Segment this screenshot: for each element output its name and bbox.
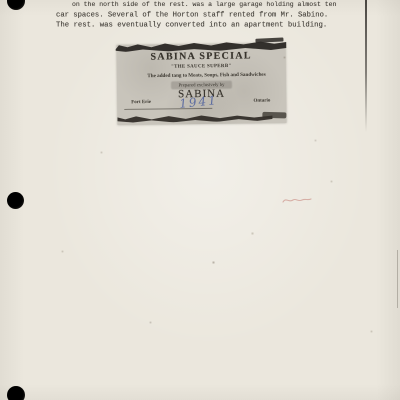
clipping-title: SABINA SPECIAL [117, 50, 286, 63]
faint-red-scribble-mark [281, 193, 313, 207]
scanned-document-page: { "page": { "typed_lines": [ "on the nor… [0, 0, 400, 400]
clipping-subtitle: "THE SAUCE SUPERB" [149, 62, 254, 69]
clipping-bottom-smudge-blob [262, 112, 286, 119]
punch-hole-middle [7, 192, 24, 209]
paper-speckles [0, 0, 1, 1]
scan-scratch-line [365, 0, 367, 132]
typed-line-2: car spaces. Several of the Horton staff … [56, 11, 328, 19]
page-edge-line [397, 250, 398, 308]
clipping-place-left: Fort Erie [131, 99, 151, 105]
clipping-place-right: Ontario [253, 97, 270, 103]
punch-hole-bottom [7, 386, 25, 400]
punch-hole-top [7, 0, 25, 10]
news-clipping: SABINA SPECIAL "THE SAUCE SUPERB" The ad… [117, 43, 287, 125]
typed-line-1: on the north side of the rest. was a lar… [72, 1, 336, 8]
clipping-bottom-smudge [117, 113, 273, 123]
typed-line-3: The rest. was eventually converted into … [56, 21, 327, 29]
handwritten-year-note: 1941 [179, 93, 219, 111]
clipping-top-smudge-dash [255, 38, 283, 43]
clipping-tagline: The added tang to Meats, Soups, Fish and… [147, 71, 255, 78]
